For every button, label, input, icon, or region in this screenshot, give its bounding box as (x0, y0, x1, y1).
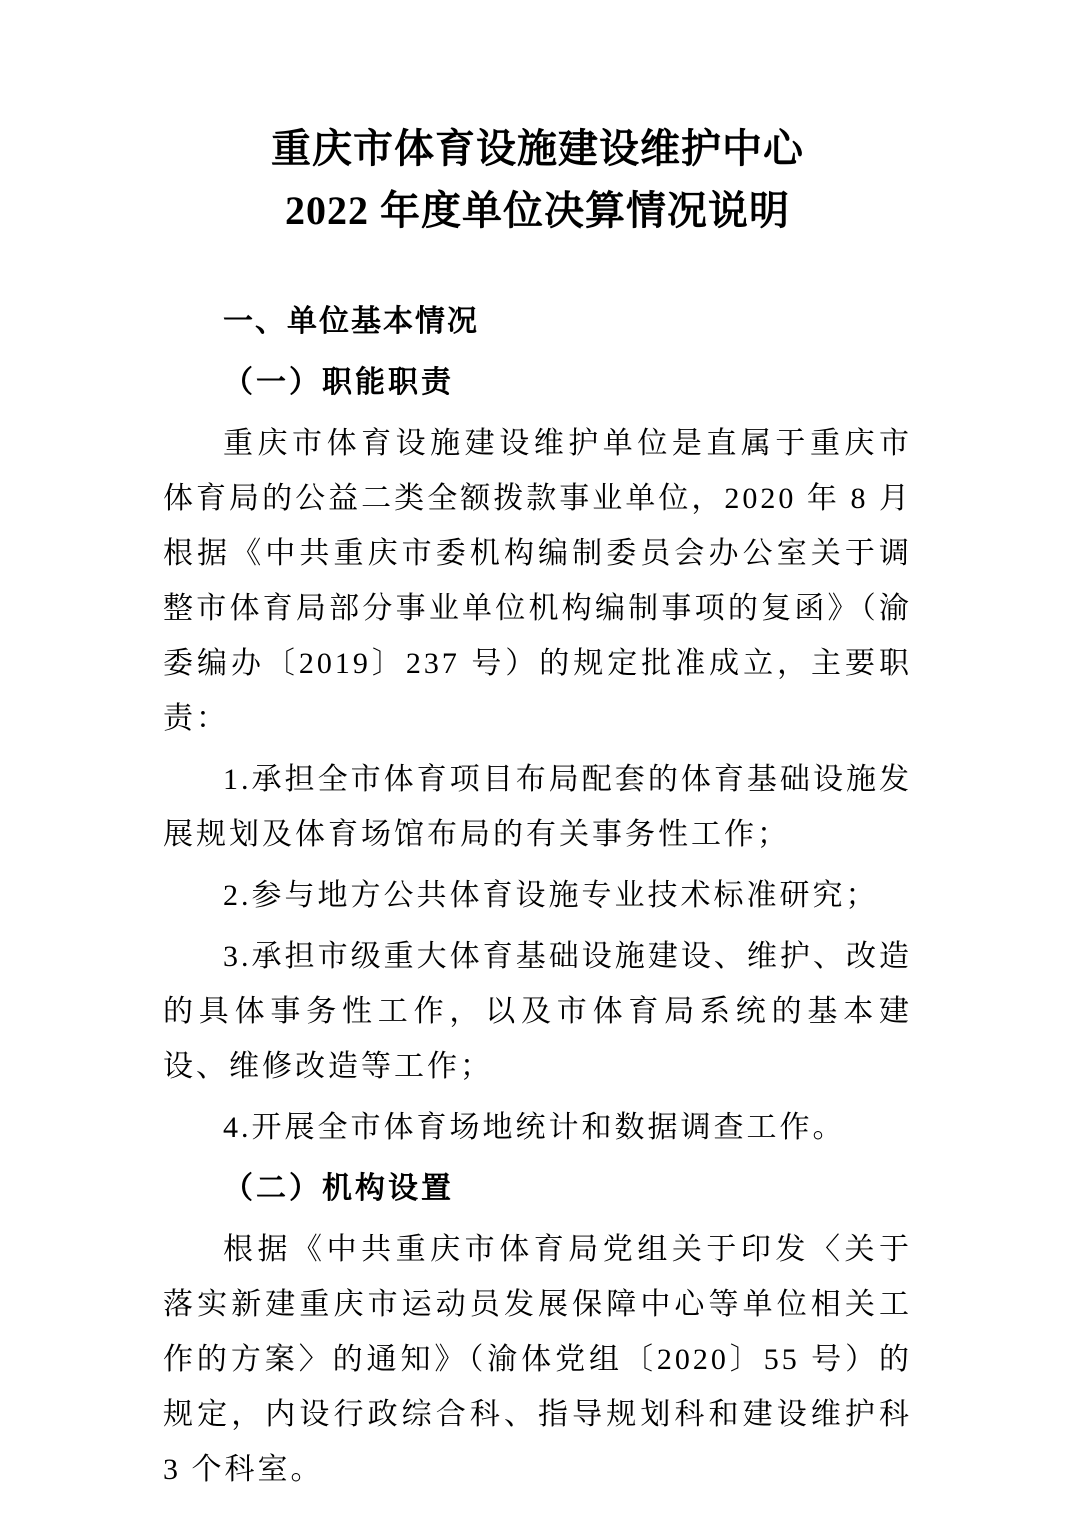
paragraph-duty-3: 3.承担市级重大体育基础设施建设、维护、改造的具体事务性工作，以及市体育局系统的… (163, 929, 912, 1094)
document-title-line-1: 重庆市体育设施建设维护中心 (163, 118, 912, 180)
subsection-heading-duties: （一）职能职责 (163, 355, 912, 410)
paragraph-duty-4: 4.开展全市体育场地统计和数据调查工作。 (163, 1100, 912, 1155)
paragraph-duty-1: 1.承担全市体育项目布局配套的体育基础设施发展规划及体育场馆布局的有关事务性工作… (163, 752, 912, 862)
paragraph-establishment: 重庆市体育设施建设维护单位是直属于重庆市体育局的公益二类全额拨款事业单位，202… (163, 416, 912, 746)
subsection-heading-organization: （二）机构设置 (163, 1161, 912, 1216)
document-page: 重庆市体育设施建设维护中心 2022 年度单位决算情况说明 一、单位基本情况 （… (0, 0, 1075, 1521)
document-body: 一、单位基本情况 （一）职能职责 重庆市体育设施建设维护单位是直属于重庆市体育局… (163, 294, 912, 1497)
paragraph-organization: 根据《中共重庆市体育局党组关于印发〈关于落实新建重庆市运动员发展保障中心等单位相… (163, 1222, 912, 1497)
section-heading-unit-basic-info: 一、单位基本情况 (163, 294, 912, 349)
paragraph-duty-2: 2.参与地方公共体育设施专业技术标准研究； (163, 868, 912, 923)
document-title-line-2: 2022 年度单位决算情况说明 (163, 180, 912, 242)
document-title: 重庆市体育设施建设维护中心 2022 年度单位决算情况说明 (163, 118, 912, 242)
